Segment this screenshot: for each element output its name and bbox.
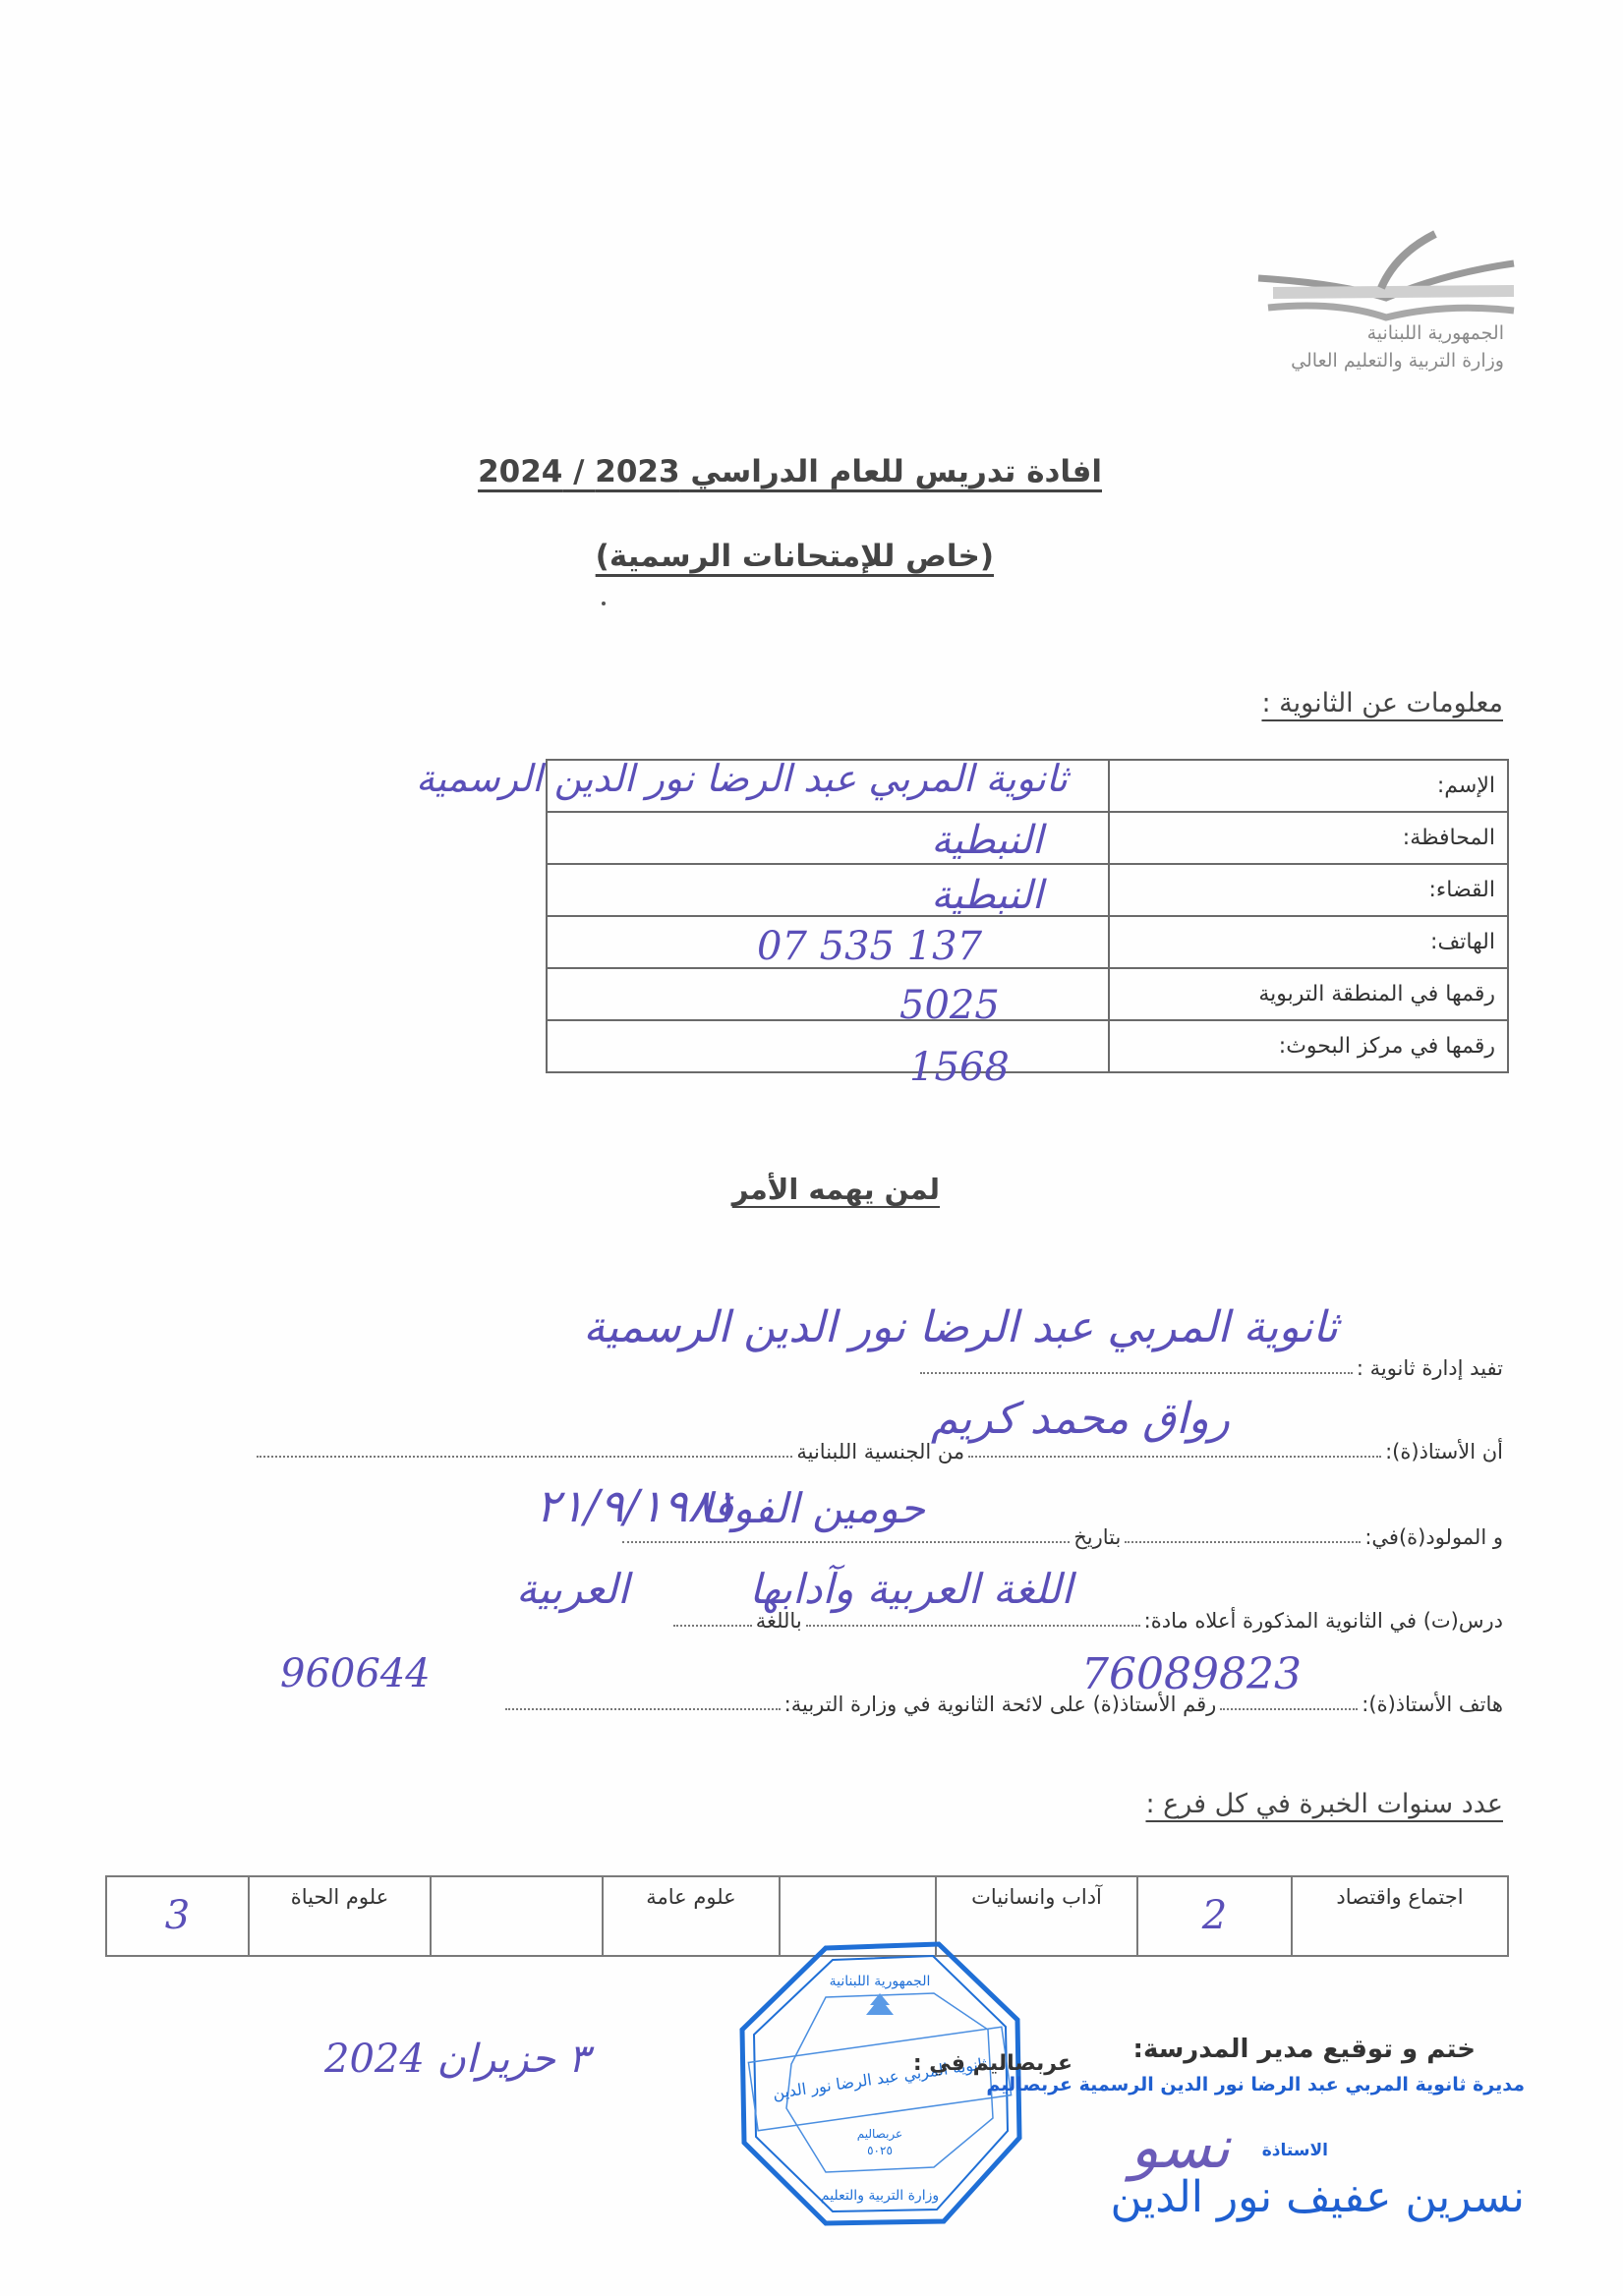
language-handwritten: العربية: [516, 1565, 629, 1613]
document-title: افادة تدريس للعام الدراسي 2023 / 2024: [478, 454, 1102, 489]
school-line-label: تفيد إدارة ثانوية :: [1357, 1356, 1503, 1380]
ministry-name: وزارة التربية والتعليم العالي: [1291, 350, 1504, 372]
region-number-label: رقمها في المنطقة التربوية: [1109, 968, 1508, 1020]
branch-years-life-sciences[interactable]: 3: [106, 1876, 249, 1956]
svg-text:عربصاليم: عربصاليم: [857, 2127, 902, 2142]
birthplace-field[interactable]: [1125, 1540, 1361, 1543]
nationality-field[interactable]: [257, 1455, 792, 1458]
birthplace-label: و المولود(ة)في:: [1364, 1525, 1503, 1549]
birthdate-handwritten: ٢١/٩/١٩٨١: [536, 1479, 736, 1532]
place-date-label: عربصاليم في :: [913, 2051, 1072, 2076]
birthdate-label: بتاريخ: [1073, 1525, 1121, 1549]
branch-years-general-sciences[interactable]: [431, 1876, 603, 1956]
official-school-stamp: الجمهورية اللبنانية ثانوية المربي عبد ال…: [732, 1936, 1027, 2231]
research-center-number-label: رقمها في مركز البحوث:: [1109, 1020, 1508, 1072]
principal-stamp-school: مديرة ثانوية المربي عبد الرضا نور الدين …: [986, 2074, 1525, 2095]
table-row: رقمها في المنطقة التربوية: [547, 968, 1508, 1020]
to-whom-heading: لمن يهمه الأمر: [732, 1173, 940, 1206]
subject-label: درس(ت) في الثانوية المذكورة أعلاه مادة:: [1144, 1609, 1503, 1633]
school-name-handwritten: ثانوية المربي عبد الرضا نور الدين الرسمي…: [416, 757, 1068, 800]
governorate-label: المحافظة:: [1109, 812, 1508, 864]
governorate-handwritten: النبطية: [931, 818, 1043, 863]
teacher-phone-field[interactable]: [1220, 1707, 1358, 1710]
language-field[interactable]: [673, 1624, 752, 1627]
teacher-phone-handwritten: 76089823: [1081, 1649, 1302, 1699]
octagon-stamp-icon: الجمهورية اللبنانية ثانوية المربي عبد ال…: [732, 1936, 1027, 2231]
table-row: الهاتف:: [547, 916, 1508, 968]
teacher-field[interactable]: [968, 1455, 1381, 1458]
school-line: تفيد إدارة ثانوية :: [916, 1356, 1503, 1380]
ministry-number-handwritten: 960644: [280, 1651, 431, 1696]
teacher-handwritten: رواق محمد كريم: [931, 1394, 1230, 1444]
teacher-line: أن الأستاذ(ة): من الجنسية اللبنانية: [253, 1440, 1503, 1464]
phone-line: هاتف الأستاذ(ة): رقم الأستاذ(ة) على لائح…: [501, 1693, 1503, 1716]
school-handwritten: ثانوية المربي عبد الرضا نور الدين الرسمي…: [583, 1302, 1338, 1352]
research-number-handwritten: 1568: [909, 1045, 1010, 1090]
teacher-label: أن الأستاذ(ة):: [1385, 1440, 1503, 1464]
ministry-number-field[interactable]: [505, 1707, 781, 1710]
ministry-logo: الجمهورية اللبنانية وزارة التربية والتعل…: [1219, 224, 1543, 391]
table-row: رقمها في مركز البحوث:: [547, 1020, 1508, 1072]
phone-label: الهاتف:: [1109, 916, 1508, 968]
svg-text:٥٠٢٥: ٥٠٢٥: [867, 2144, 893, 2157]
document-subtitle: (خاص للإمتحانات الرسمية): [596, 539, 994, 574]
stray-dot: [602, 602, 606, 605]
school-line-field[interactable]: [920, 1371, 1353, 1374]
issue-date-handwritten: ٣ حزيران 2024: [324, 2037, 589, 2082]
principal-signature-scribble: نسو: [1130, 2113, 1230, 2182]
branch-label-life-sciences: علوم الحياة: [249, 1876, 431, 1956]
open-book-wheat-icon: [1219, 224, 1543, 322]
region-number-value-cell[interactable]: [547, 968, 1109, 1020]
birthdate-field[interactable]: [622, 1540, 1070, 1543]
school-phone-handwritten: 07 535 137: [757, 924, 982, 969]
district-handwritten: النبطية: [931, 873, 1043, 918]
subject-handwritten: اللغة العربية وآدابها: [749, 1565, 1072, 1613]
principal-role: الاستاذة: [1262, 2141, 1328, 2160]
subject-field[interactable]: [806, 1624, 1140, 1627]
experience-heading: عدد سنوات الخبرة في كل فرع :: [1145, 1789, 1503, 1819]
school-info-heading: معلومات عن الثانوية :: [1261, 688, 1503, 718]
name-label: الإسم:: [1109, 760, 1508, 812]
principal-signature-label: ختم و توقيع مدير المدرسة:: [1133, 2035, 1476, 2064]
branch-years-social-economics[interactable]: 2: [1137, 1876, 1292, 1956]
branch-label-social-economics: اجتماع واقتصاد: [1292, 1876, 1508, 1956]
country-name: الجمهورية اللبنانية: [1367, 322, 1504, 344]
region-number-handwritten: 5025: [899, 983, 1000, 1028]
svg-text:وزارة التربية والتعليم: وزارة التربية والتعليم: [821, 2188, 939, 2204]
svg-text:الجمهورية اللبنانية: الجمهورية اللبنانية: [830, 1974, 931, 1989]
district-label: القضاء:: [1109, 864, 1508, 916]
research-center-number-value-cell[interactable]: [547, 1020, 1109, 1072]
teacher-phone-label: هاتف الأستاذ(ة):: [1362, 1693, 1503, 1716]
